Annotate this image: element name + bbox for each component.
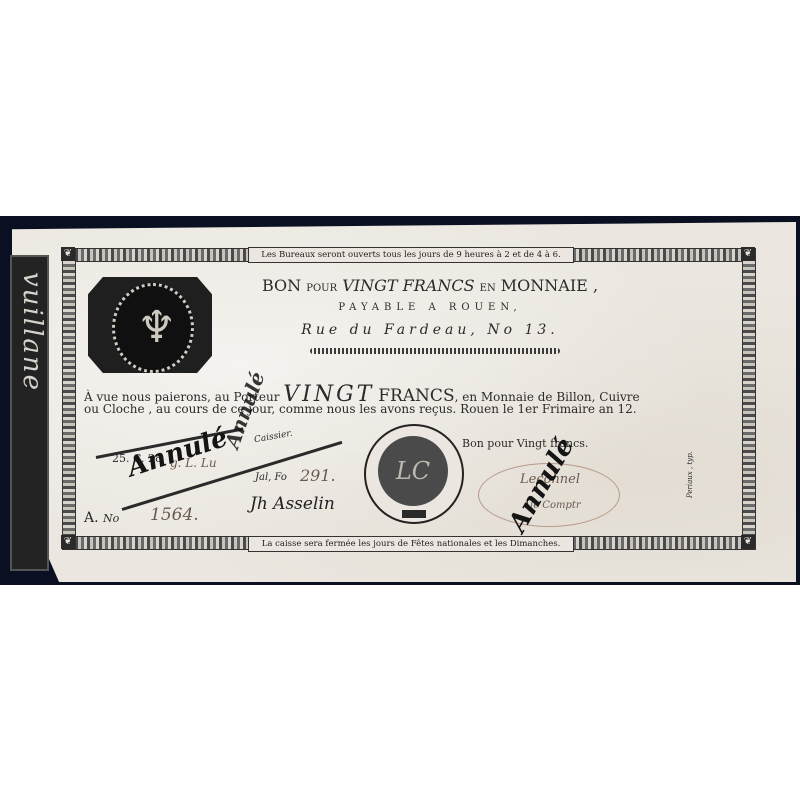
corner-leaf-icon: ❦ [61, 535, 75, 549]
header-line-3: Rue du Fardeau, No 13. [220, 322, 640, 338]
cashier-signature: Jh Asselin [250, 494, 335, 514]
printer-credit: Periaux , typ. [686, 451, 694, 498]
wavy-divider [310, 348, 560, 354]
series-number: A. No [84, 510, 119, 526]
corner-leaf-icon: ❦ [741, 247, 755, 261]
body-line-2: ou Cloche , au cours de ce jour, comme n… [84, 402, 764, 416]
number-label: No [103, 512, 119, 525]
corner-leaf-icon: ❦ [741, 535, 755, 549]
corner-leaf-icon: ❦ [61, 247, 75, 261]
header-line-1: BON POUR VINGT FRANCS EN MONNAIE , [220, 276, 640, 295]
winged-figure-emblem: ♆ [88, 277, 212, 373]
header-line-2: PAYABLE A ROUEN, [220, 302, 640, 313]
header-bon: BON [262, 276, 301, 295]
angel-figure-icon: ♆ [137, 298, 176, 358]
top-caption: Les Bureaux seront ouverts tous les jour… [248, 247, 574, 263]
seal-ring: LC [364, 424, 464, 524]
header-monnaie: MONNAIE , [501, 276, 598, 295]
journal-label: Jal, Fo [255, 472, 287, 483]
series-letter: A. [84, 510, 99, 526]
seal-label [402, 510, 426, 518]
stub-script-text: vuillane [17, 272, 47, 552]
monogram-seal-icon: LC [378, 436, 448, 506]
emblem-medallion: ♆ [112, 283, 194, 373]
header-amount: VINGT FRANCS [342, 276, 474, 295]
header-pour: POUR [306, 283, 337, 294]
serial-number: 1564. [150, 505, 199, 525]
counterfoil-stub: vuillane [10, 255, 49, 571]
bottom-caption: La caisse sera fermée les jours de Fêtes… [248, 536, 574, 552]
border-left [62, 248, 76, 550]
header-en: EN [480, 283, 496, 294]
journal-folio: 291. [300, 466, 336, 485]
